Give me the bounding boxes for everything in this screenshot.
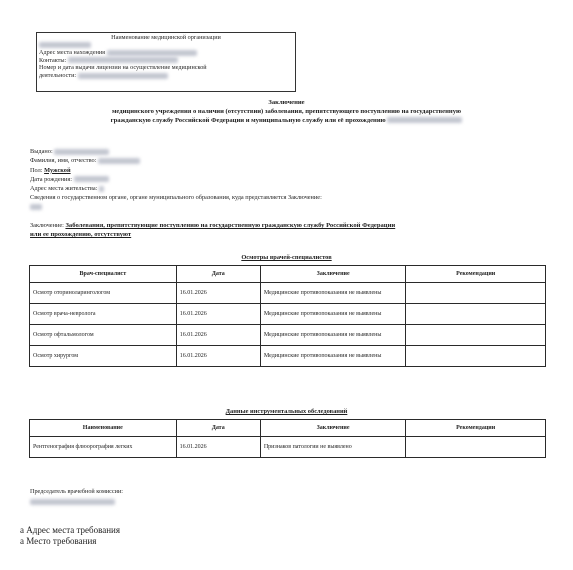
table-cell: Осмотр офтальмологом bbox=[30, 325, 177, 346]
footer-notes: а Адрес места требования а Место требова… bbox=[20, 525, 120, 547]
chair-name-redacted bbox=[30, 497, 123, 507]
table-cell: Осмотр хирургом bbox=[30, 346, 177, 367]
conclusion-label: Заключение: bbox=[30, 222, 64, 229]
column-header: Заключение bbox=[260, 420, 405, 437]
column-header: Дата bbox=[176, 266, 260, 283]
organ-field: Сведения о государственном органе, орган… bbox=[30, 193, 560, 202]
org-box-title: Наименование медицинской организации bbox=[39, 34, 293, 42]
document-subheading-2: гражданскую службу Российской Федерации … bbox=[0, 116, 573, 125]
org-name-redacted bbox=[39, 42, 293, 50]
table-cell: Рентгенография флюорография легких bbox=[30, 437, 177, 458]
specialists-title: Осмотры врачей-специалистов bbox=[0, 254, 573, 261]
instrumental-title: Данные инструментальных обследований bbox=[0, 408, 573, 415]
org-license-line-2: деятельности: bbox=[39, 72, 293, 80]
conclusion: Заключение: Заболевания, препятствующие … bbox=[30, 221, 550, 240]
table-cell: Медицинские противопоказания не выявлены bbox=[260, 346, 406, 367]
table-cell: Осмотр врача-невролога bbox=[30, 304, 177, 325]
table-cell bbox=[406, 304, 546, 325]
birth-field: Дата рождения: bbox=[30, 175, 560, 184]
table-cell bbox=[406, 437, 546, 458]
footer-line-2: а Место требования bbox=[20, 536, 120, 547]
column-header: Врач-специалист bbox=[30, 266, 177, 283]
org-address-line: Адрес места нахождения bbox=[39, 49, 293, 57]
document-subheading-1: медицинского учреждения о наличии (отсут… bbox=[0, 107, 573, 116]
patient-fields: Выдано: Фамилия, имя, отчество: Пол: Муж… bbox=[30, 147, 560, 212]
table-cell: 16.01.2026 bbox=[176, 437, 260, 458]
column-header: Наименование bbox=[30, 420, 177, 437]
table-cell bbox=[406, 283, 546, 304]
residence-field: Адрес места жительства: bbox=[30, 184, 560, 193]
instrumental-table: НаименованиеДатаЗаключениеРекомендации Р… bbox=[29, 419, 546, 458]
commission-chair: Председатель врачебной комиссии: bbox=[30, 487, 123, 507]
organ-value-redacted bbox=[30, 203, 560, 212]
document-heading: Заключение bbox=[0, 98, 573, 107]
org-contacts-line: Контакты: bbox=[39, 57, 293, 65]
chair-label: Председатель врачебной комиссии: bbox=[30, 487, 123, 497]
table-cell: 16.01.2026 bbox=[176, 346, 260, 367]
table-cell: Медицинские противопоказания не выявлены bbox=[260, 283, 406, 304]
table-cell: Признаков патологии не выявлено bbox=[260, 437, 405, 458]
column-header: Рекомендации bbox=[406, 266, 546, 283]
specialists-table: Врач-специалистДатаЗаключениеРекомендаци… bbox=[29, 265, 546, 367]
issued-field: Выдано: bbox=[30, 147, 560, 156]
org-license-line: Номер и дата выдачи лицензии на осуществ… bbox=[39, 64, 293, 72]
table-cell bbox=[406, 346, 546, 367]
table-cell: Медицинские противопоказания не выявлены bbox=[260, 325, 406, 346]
sex-field: Пол: Мужской bbox=[30, 166, 560, 175]
table-cell: Осмотр оториноларингологом bbox=[30, 283, 177, 304]
table-row: Осмотр врача-невролога16.01.2026Медицинс… bbox=[30, 304, 546, 325]
footer-line-1: а Адрес места требования bbox=[20, 525, 120, 536]
table-cell: 16.01.2026 bbox=[176, 325, 260, 346]
table-cell bbox=[406, 325, 546, 346]
table-cell: 16.01.2026 bbox=[176, 304, 260, 325]
column-header: Рекомендации bbox=[406, 420, 546, 437]
column-header: Заключение bbox=[260, 266, 406, 283]
table-row: Осмотр офтальмологом16.01.2026Медицински… bbox=[30, 325, 546, 346]
table-cell: 16.01.2026 bbox=[176, 283, 260, 304]
table-row: Осмотр хирургом16.01.2026Медицинские про… bbox=[30, 346, 546, 367]
column-header: Дата bbox=[176, 420, 260, 437]
conclusion-value: Заболевания, препятствующие поступлению … bbox=[65, 222, 395, 229]
table-cell: Медицинские противопоказания не выявлены bbox=[260, 304, 406, 325]
conclusion-value-2: или ее прохождению, отсутствуют bbox=[30, 231, 131, 238]
organization-info-box: Наименование медицинской организации Адр… bbox=[36, 32, 296, 92]
table-row: Рентгенография флюорография легких16.01.… bbox=[30, 437, 546, 458]
fio-field: Фамилия, имя, отчество: bbox=[30, 156, 560, 165]
table-row: Осмотр оториноларингологом16.01.2026Меди… bbox=[30, 283, 546, 304]
sex-value: Мужской bbox=[44, 167, 71, 174]
